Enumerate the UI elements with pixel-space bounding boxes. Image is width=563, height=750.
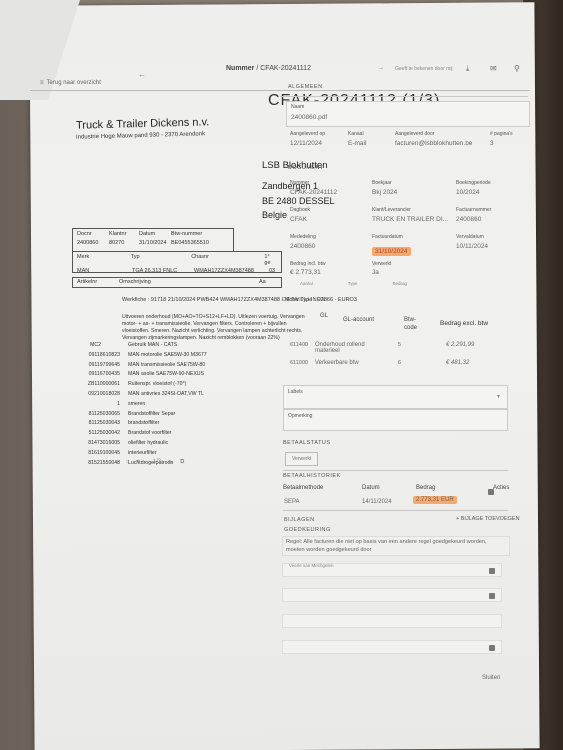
- part-code: 81473016005: [80, 440, 128, 450]
- row-gl: 611000: [290, 360, 308, 366]
- part-row: 81125030043brandstoffilter: [80, 420, 207, 430]
- zoom-in-button[interactable]: +: [136, 459, 140, 466]
- row-gl: 611400: [290, 342, 308, 348]
- delete-icon[interactable]: [488, 489, 494, 495]
- klant-field[interactable]: Klant/Leverancier TRUCK EN TRAILER DI...: [372, 207, 448, 223]
- opmerking-label: Opmerking: [288, 413, 312, 419]
- part-description: MAN antivries 324SI-OAT,VW TL: [128, 391, 204, 401]
- items-header: Artikelnr Omschrijving Aa: [72, 277, 282, 288]
- pdf-pager: − ○ + 1/3 ↻ ⧉: [115, 459, 184, 466]
- val-datum: 31/10/2024: [139, 240, 171, 246]
- part-description: smeren: [128, 401, 145, 411]
- labels-select[interactable]: Labels ▼: [283, 385, 508, 409]
- vehicle-table: Merk Typ Chasnr 1° ge MAN TGA 26.313 FNL…: [72, 251, 282, 273]
- field-value: TRUCK EN TRAILER DI...: [372, 216, 448, 223]
- row-amount: € 2.291,99: [446, 342, 474, 348]
- opmerking-input[interactable]: Opmerking: [283, 409, 508, 431]
- aangeleverd-op-field: Aangeleverd op 12/11/2024: [290, 131, 325, 147]
- field-label: Dagboek: [290, 207, 310, 213]
- col-ge: 1° ge: [264, 254, 277, 266]
- invoice-header-table: Docnr Klantnr Datum Btw-nummer 2400860 8…: [72, 228, 234, 252]
- naam-input[interactable]: Naam 2400860.pdf: [286, 101, 530, 127]
- val-chasnr: WMAH17ZZX4M387488: [194, 268, 269, 274]
- divider: [280, 96, 528, 97]
- part-code: 09116700435: [80, 371, 128, 381]
- detail-filters: Aantal Type Bedrag: [300, 281, 407, 286]
- add-attachment-label: BIJLAGE TOEVOEGEN: [461, 516, 520, 522]
- part-row: 81473016005oliefilter hydraulic: [80, 440, 207, 450]
- section-betaalhistoriek: BETAALHISTORIEK: [283, 473, 341, 479]
- approver-input-2[interactable]: [282, 588, 502, 602]
- part-row: 09119799645MAN transmissieolie SAE75W-80: [80, 362, 207, 372]
- col-btw-code: Btw-code: [404, 316, 424, 333]
- part-code: ZB110000061: [80, 381, 128, 391]
- section-betaalstatus: BETAALSTATUS: [283, 440, 331, 446]
- field-label: Factuurdatum: [372, 234, 411, 240]
- aangeleverd-door-field: Aangeleverd door facturen@lsbblokhutten.…: [395, 131, 472, 147]
- part-row: ZB110000061Ruitenspr. vloeistof (-70°): [80, 381, 207, 391]
- field-value: 2400860: [456, 216, 491, 223]
- field-value: 10/2024: [456, 189, 491, 196]
- part-row: 09118610823MAN motorolie SAE5W-30 M3677: [80, 352, 207, 362]
- section-algemeen: ALGEMEEN: [288, 84, 323, 90]
- field-value: facturen@lsbblokhutten.be: [395, 140, 472, 147]
- part-code: MC2: [80, 342, 128, 352]
- calendar-icon[interactable]: [489, 645, 495, 651]
- boekingperiode-field: Boekingperiode 10/2024: [456, 180, 491, 196]
- part-description: Ruitenspr. vloeistof (-70°): [128, 381, 186, 391]
- naam-label: Naam: [291, 104, 304, 110]
- col-gl-account: GL-account: [343, 317, 374, 323]
- part-code: 09118610823: [80, 352, 128, 362]
- field-value: E-mail: [348, 140, 366, 147]
- row-amount: € 481,32: [446, 360, 469, 366]
- col-datum: Datum: [139, 231, 171, 237]
- company-address: Industrie Hoge Mauw pand 930 - 2370 Aren…: [76, 131, 205, 140]
- section-goedkeuring: GOEDKEURING: [284, 527, 331, 533]
- field-value-highlighted: 31/10/2024: [372, 247, 411, 256]
- field-value: 2400860: [290, 243, 316, 250]
- col-typ: Typ: [131, 254, 192, 266]
- field-label: Kanaal: [348, 131, 366, 137]
- field-label: Factuurnummer: [456, 207, 491, 213]
- dagboek-field: Dagboek CFAK: [290, 207, 310, 223]
- field-label: Bedrag incl. btw: [290, 261, 326, 267]
- part-description: MAN motorolie SAE5W-30 M3677: [128, 352, 207, 362]
- fullscreen-icon[interactable]: ⧉: [180, 459, 184, 466]
- work-description: Uitvoeren onderhoud (MO+AO+TO+S12+LF+LD)…: [122, 314, 312, 342]
- col-bedrag-excl: Bedrag excl. btw: [440, 320, 488, 327]
- part-row: MC2Gebruik MAN - CATS: [80, 342, 207, 352]
- field-value: Bkj 2024: [372, 189, 397, 196]
- zoom-reset-icon[interactable]: ○: [126, 459, 130, 466]
- calendar-icon[interactable]: [489, 568, 495, 574]
- part-code: 81125030065: [80, 411, 128, 421]
- detail-row[interactable]: 611400 Onderhoud rollend materieel 5 € 2…: [290, 342, 530, 354]
- part-row: 09210018028MAN antivries 324SI-OAT,VW TL: [80, 391, 207, 401]
- part-row: 09116700435MAN asolie SAE75W-90-NEXUS: [80, 371, 207, 381]
- val-docnr: 2400860: [77, 240, 109, 246]
- part-description: brandstoffilter: [128, 420, 159, 430]
- nummer-field: Nummer CFAK-20241112: [290, 180, 337, 196]
- verwerkt-field: Verwerkt Ja: [372, 261, 391, 276]
- section-bijlagen: BIJLAGEN: [284, 517, 315, 523]
- part-description: oliefilter hydraulic: [128, 440, 168, 450]
- col-bedrag: Bedrag: [416, 485, 435, 491]
- filter-aantal[interactable]: Aantal: [300, 281, 313, 286]
- kanaal-field: Kanaal E-mail: [348, 131, 366, 147]
- row-btw: 5: [398, 342, 401, 348]
- payment-method: SEPA: [284, 499, 300, 505]
- field-value: 3: [490, 140, 513, 147]
- divider: [283, 510, 508, 511]
- part-description: Gebruik MAN - CATS: [128, 342, 177, 352]
- paginas-field: # pagina's 3: [490, 131, 513, 147]
- field-label: Verwerkt: [372, 261, 391, 267]
- calendar-icon[interactable]: [489, 593, 495, 599]
- status-verwerkt-button[interactable]: Verwerkt: [285, 452, 318, 466]
- section-document: DOCUMENT: [288, 165, 324, 171]
- field-value: CFAK-20241112: [290, 189, 337, 196]
- filter-type[interactable]: Type: [348, 281, 358, 286]
- part-description: MAN transmissieolie SAE75W-80: [128, 362, 205, 372]
- rotate-icon[interactable]: ↻: [168, 459, 173, 466]
- field-label: Nummer: [290, 180, 337, 186]
- chevron-down-icon: ▼: [496, 394, 501, 400]
- part-row: 51125030042Brandstof voorfilter: [80, 430, 207, 440]
- col-artikelnr: Artikelnr: [77, 279, 119, 285]
- factuurdatum-field[interactable]: Factuurdatum 31/10/2024: [372, 234, 411, 258]
- detail-row[interactable]: 611000 Verkeerbare btw 6 € 481,32: [290, 360, 530, 372]
- payment-amount: 2.773,31 EUR: [413, 496, 457, 504]
- row-btw: 6: [398, 360, 401, 366]
- part-code: 51125030042: [80, 430, 128, 440]
- val-btw: BE0455365510: [171, 240, 209, 246]
- field-value: € 2.773,31: [290, 269, 326, 276]
- col-datum: Datum: [362, 485, 380, 491]
- field-label: Aangeleverd door: [395, 131, 472, 137]
- col-klantnr: Klantnr: [109, 231, 139, 237]
- part-code: 81125030043: [80, 420, 128, 430]
- field-value: 12/11/2024: [290, 140, 325, 147]
- payment-date: 14/11/2024: [362, 499, 392, 505]
- part-description: MAN asolie SAE75W-90-NEXUS: [128, 371, 204, 381]
- field-label: Vervaldatum: [456, 234, 488, 240]
- field-value: CFAK: [290, 216, 310, 223]
- approval-rule-text: Regel: Alle facturen die niet op basis v…: [283, 537, 509, 556]
- divider: [283, 470, 508, 471]
- close-button[interactable]: Sluiten: [482, 675, 500, 681]
- company-name: Truck & Trailer Dickens n.v.: [76, 116, 210, 131]
- val-merk: MAN: [77, 268, 132, 274]
- approver-input[interactable]: Veerle van Mechgelen: [282, 563, 502, 577]
- bedrag-incl-field[interactable]: Bedrag incl. btw € 2.773,31: [290, 261, 326, 276]
- col-gl: GL: [320, 313, 328, 319]
- col-btw: Btw-nummer: [171, 231, 202, 237]
- row-account: Verkeerbare btw: [315, 360, 359, 366]
- parts-list: MC2Gebruik MAN - CATS09118610823MAN moto…: [80, 342, 207, 469]
- approver-input-4[interactable]: [282, 640, 502, 654]
- col-merk: Merk: [77, 254, 131, 266]
- page-indicator: 1/3: [153, 459, 161, 466]
- part-description: Brandstoffilter Separ: [128, 411, 175, 421]
- labels-label: Labels: [288, 389, 303, 395]
- val-ge: 03: [269, 268, 275, 274]
- field-value: Ja: [372, 269, 391, 276]
- part-code: 1: [80, 401, 128, 411]
- field-label: Mededeling: [290, 234, 316, 240]
- val-typ: TGA 26.313 FNLC: [132, 268, 194, 274]
- part-code: 09119799645: [80, 362, 128, 372]
- field-label: Boekingperiode: [456, 180, 491, 186]
- factuurnummer-field[interactable]: Factuurnummer 2400860: [456, 207, 491, 223]
- row-account: Onderhoud rollend materieel: [315, 342, 375, 354]
- part-code: 09210018028: [80, 391, 128, 401]
- part-row: 81125030065Brandstoffilter Separ: [80, 411, 207, 421]
- approver-input-3[interactable]: [282, 614, 502, 628]
- part-description: Brandstof voorfilter: [128, 430, 172, 440]
- vervaldatum-field[interactable]: Vervaldatum 10/11/2024: [456, 234, 488, 250]
- col-docnr: Docnr: [77, 231, 109, 237]
- zoom-out-button[interactable]: −: [115, 459, 119, 466]
- section-detaillijnen: DETAILLIJNEN: [282, 297, 326, 303]
- part-row: 1smeren: [80, 401, 207, 411]
- approval-rule: Regel: Alle facturen die niet op basis v…: [282, 536, 510, 556]
- col-omschrijving: Omschrijving: [119, 279, 259, 285]
- val-klantnr: 80270: [109, 240, 139, 246]
- naam-value: 2400860.pdf: [291, 114, 327, 121]
- field-label: Aangeleverd op: [290, 131, 325, 137]
- approver-value: Veerle van Mechgelen: [289, 563, 334, 568]
- mededeling-field[interactable]: Mededeling 2400860: [290, 234, 316, 250]
- col-acties: Acties: [493, 485, 509, 491]
- col-chasnr: Chasnr: [191, 254, 264, 266]
- field-label: Boekjaar: [372, 180, 397, 186]
- col-betaalmethode: Betaalmethode: [283, 485, 323, 491]
- col-aantal: Aa: [259, 279, 266, 285]
- add-attachment-button[interactable]: + BIJLAGE TOEVOEGEN: [456, 516, 520, 522]
- field-label: # pagina's: [490, 131, 513, 137]
- boekjaar-field: Boekjaar Bkj 2024: [372, 180, 397, 196]
- filter-bedrag[interactable]: Bedrag: [393, 281, 408, 286]
- field-value: 10/11/2024: [456, 243, 488, 250]
- field-label: Klant/Leverancier: [372, 207, 448, 213]
